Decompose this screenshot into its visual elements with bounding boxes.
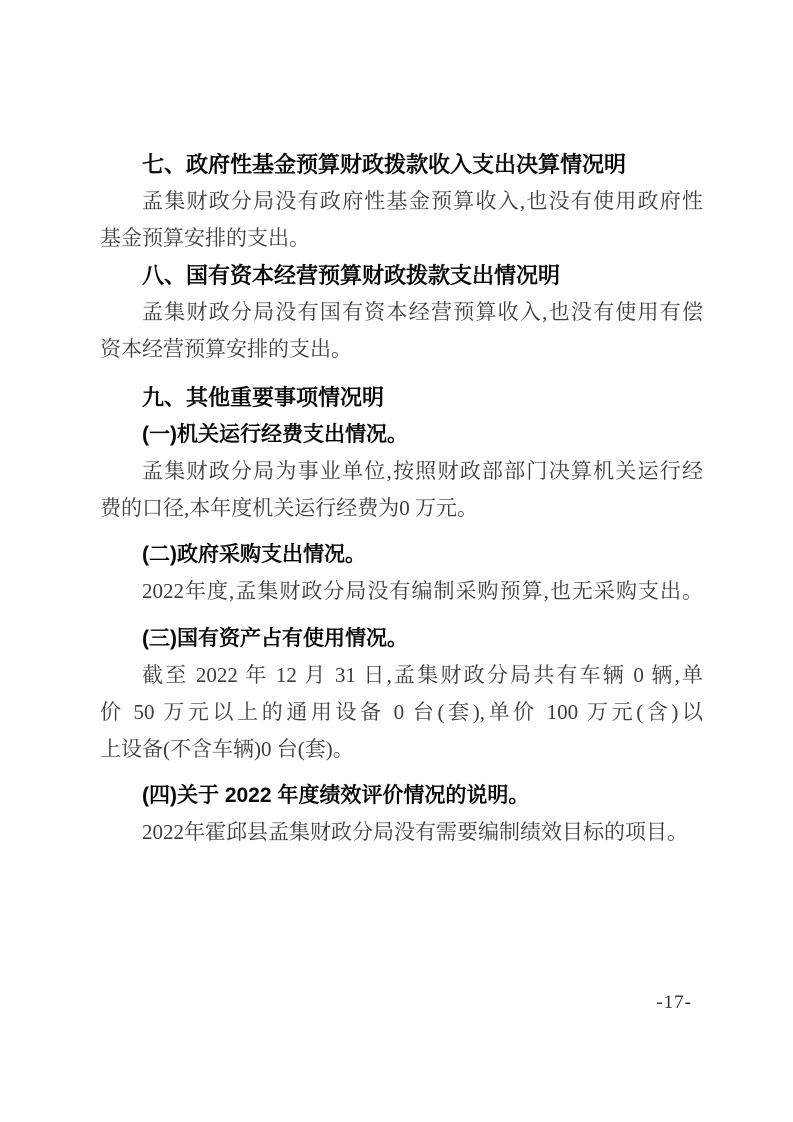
subsection-1-paragraph-line-1: 孟集财政分局为事业单位,按照财政部部门决算机关运行经 (100, 453, 703, 490)
subsection-4-heading: (四)关于 2022 年度绩效评价情况的说明。 (100, 777, 703, 814)
page-number: -17- (656, 992, 692, 1014)
section-8-heading: 八、国有资本经营预算财政拨款支出情况明 (100, 257, 703, 294)
section-7-paragraph-line-2: 基金预算安排的支出。 (100, 220, 703, 257)
subsection-3-heading: (三)国有资产占有使用情况。 (100, 620, 703, 657)
section-8-paragraph-line-2: 资本经营预算安排的支出。 (100, 331, 703, 368)
subsection-1-paragraph-line-2: 费的口径,本年度机关运行经费为0 万元。 (100, 490, 703, 527)
subsection-3-paragraph-line-3: 上设备(不含车辆)0 台(套)。 (100, 731, 703, 768)
subsection-2-heading: (二)政府采购支出情况。 (100, 536, 703, 573)
subsection-2-paragraph-line-1: 2022年度,孟集财政分局没有编制采购预算,也无采购支出。 (100, 573, 703, 610)
section-9-heading: 九、其他重要事项情况明 (100, 379, 703, 416)
subsection-4-paragraph-line-1: 2022年霍邱县孟集财政分局没有需要编制绩效目标的项目。 (100, 814, 703, 851)
section-7-heading: 七、政府性基金预算财政拨款收入支出决算情况明 (100, 146, 703, 183)
section-8-paragraph-line-1: 孟集财政分局没有国有资本经营预算收入,也没有使用有偿 (100, 294, 703, 331)
subsection-3-paragraph-line-2: 价 50 万元以上的通用设备 0 台(套),单价 100 万元(含)以 (100, 694, 703, 731)
document-body: 七、政府性基金预算财政拨款收入支出决算情况明 孟集财政分局没有政府性基金预算收入… (100, 146, 703, 851)
section-7-paragraph-line-1: 孟集财政分局没有政府性基金预算收入,也没有使用政府性 (100, 183, 703, 220)
document-page: 七、政府性基金预算财政拨款收入支出决算情况明 孟集财政分局没有政府性基金预算收入… (0, 0, 793, 1122)
subsection-1-heading: (一)机关运行经费支出情况。 (100, 416, 703, 453)
subsection-3-paragraph-line-1: 截至 2022 年 12 月 31 日,孟集财政分局共有车辆 0 辆,单 (100, 657, 703, 694)
